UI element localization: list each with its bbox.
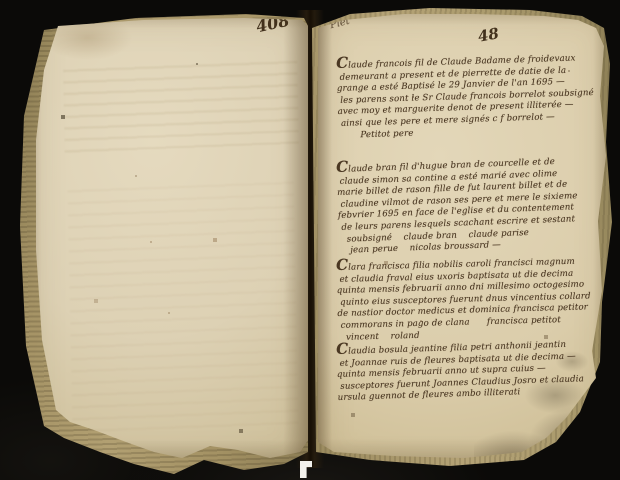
folio-number-right: 48 [477,24,501,45]
baptism-entry-1: Claude francois fil de Claude Badame de … [336,50,607,143]
baptism-entry-3: Claudia bosula jeantine filia petri anth… [336,336,606,405]
foxing-specks [0,0,2,2]
archive-scan-photo: Second 408 Piet 48 Claude francois fil d… [0,0,620,480]
left-page: Second 408 [24,10,312,472]
ink-bleed-through-upper [63,58,299,155]
baptism-entry-2: Clara francisca filia nobilis caroli fra… [336,253,606,344]
corner-inscription: Second [39,7,79,24]
ink-bleed-through-lower [67,178,298,433]
folio-number-left: 408 [254,11,291,37]
right-page: Piet 48 Claude francois fil de Claude Ba… [314,6,614,476]
repair-tab [300,461,312,478]
marriage-entry: Claude bran fil d'hugue bran de courcell… [336,152,607,258]
